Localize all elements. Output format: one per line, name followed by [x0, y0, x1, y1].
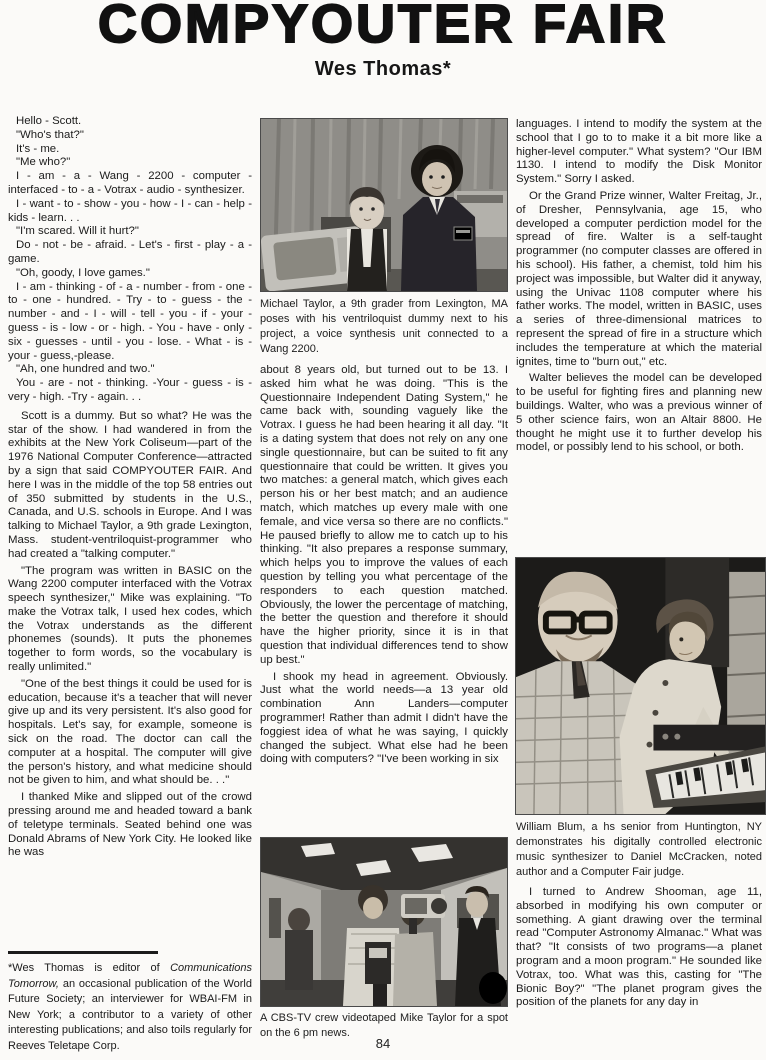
paragraph: Scott is a dummy. But so what? He was th… [8, 410, 252, 562]
paragraph: about 8 years old, but turned out to be … [260, 364, 508, 668]
photo-william-blum-synthesizer [515, 557, 766, 815]
page-number: 84 [0, 1036, 766, 1051]
paragraph: "One of the best things it could be used… [8, 678, 252, 788]
dialogue-line: "Me who?" [8, 156, 252, 170]
right-column-top: languages. I intend to modify the system… [516, 118, 762, 554]
middle-column: about 8 years old, but turned out to be … [260, 364, 508, 834]
william-blum-photo-illustration [516, 558, 765, 814]
dialogue-line: I - am - a - Wang - 2200 - computer - in… [8, 170, 252, 198]
dialogue-line: "Oh, goody, I love games." [8, 267, 252, 281]
dialogue-line: It's - me. [8, 143, 252, 157]
paragraph: I turned to Andrew Shooman, age 11, abso… [516, 886, 762, 1010]
dialogue-line: I - want - to - show - you - how - I - c… [8, 198, 252, 226]
page-title: COMPYOUTER FAIR [0, 0, 766, 52]
paragraph: I shook my head in agreement. Obviously.… [260, 671, 508, 768]
byline: Wes Thomas* [0, 58, 766, 81]
footnote-prefix: *Wes Thomas is editor of [8, 962, 170, 974]
magazine-page: COMPYOUTER FAIR Wes Thomas* Hello - Scot… [0, 0, 766, 1060]
dialogue-line: Do - not - be - afraid. - Let's - first … [8, 239, 252, 267]
cbs-crew-photo-illustration [261, 838, 507, 1006]
paragraph: "The program was written in BASIC on the… [8, 565, 252, 675]
caption-michael-taylor: Michael Taylor, a 9th grader from Lexing… [260, 297, 508, 357]
paragraph: I thanked Mike and slipped out of the cr… [8, 791, 252, 860]
dialogue-line: You - are - not - thinking. -Your - gues… [8, 377, 252, 405]
photo-cbs-tv-crew [260, 837, 508, 1007]
paragraph: Walter believes the model can be develop… [516, 372, 762, 455]
footnote-rule [8, 951, 158, 954]
dialogue-line: "Who's that?" [8, 129, 252, 143]
dummy-figure [347, 187, 387, 291]
dialogue-line: Hello - Scott. [8, 115, 252, 129]
paragraph: languages. I intend to modify the system… [516, 118, 762, 187]
left-column: Hello - Scott. "Who's that?" It's - me. … [8, 115, 252, 949]
dialogue-line: "Ah, one hundred and two." [8, 363, 252, 377]
paragraph: Or the Grand Prize winner, Walter Freita… [516, 190, 762, 369]
dialogue-line: I - am - thinking - of - a - number - fr… [8, 281, 252, 364]
michael-taylor-photo-illustration [261, 119, 507, 291]
caption-william-blum: William Blum, a hs senior from Huntingto… [516, 820, 762, 880]
photo-michael-taylor-with-dummy [260, 118, 508, 292]
right-column-bottom: I turned to Andrew Shooman, age 11, abso… [516, 886, 762, 1042]
dialogue-line: "I'm scared. Will it hurt?" [8, 225, 252, 239]
